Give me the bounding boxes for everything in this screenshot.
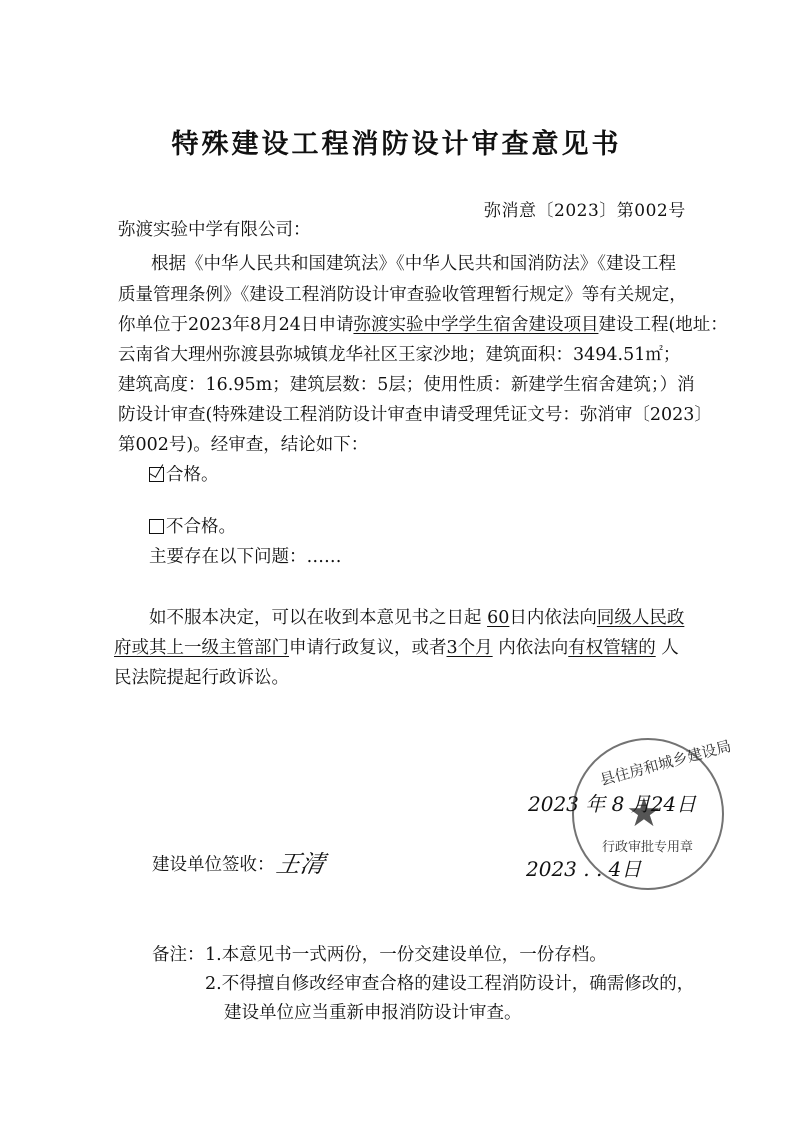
issue-date: 2023 年 8 月24日 [528, 788, 696, 817]
signature-label: 建设单位签收： [152, 851, 275, 879]
appeal-gov-1: 同级人民政 [597, 608, 685, 628]
body-line-3: 你单位于2023年8月24日申请弥渡实验中学学生宿舍建设项目建设工程(地址： [118, 311, 728, 339]
project-name: 弥渡实验中学学生宿舍建设项目 [353, 315, 598, 335]
body-line-3-post: 建设工程(地址： [598, 315, 727, 335]
issues-label: 主要存在以下问题：…… [149, 543, 342, 571]
appeal-line-2: 府或其上一级主管部门申请行政复议，或者3个月 内依法向有权管辖的 人 [114, 634, 679, 662]
checkbox-checked-icon [149, 467, 164, 482]
appeal-months: 3个月 [447, 638, 493, 658]
option-pass-label: 合格。 [166, 465, 219, 485]
body-line-5: 建筑高度：16.95m；建筑层数：5层；使用性质：新建学生宿舍建筑；）消 [118, 371, 695, 399]
document-title: 特殊建设工程消防设计审查意见书 [0, 122, 793, 161]
appeal-text-2: 日内依法向 [509, 608, 597, 628]
note-1: 1.本意见书一式两份，一份交建设单位，一份存档。 [205, 941, 607, 969]
option-pass: 合格。 [149, 461, 219, 489]
body-line-1: 根据《中华人民共和国建筑法》《中华人民共和国消防法》《建设工程 [151, 250, 676, 278]
signature-name: 王清 [274, 844, 328, 879]
appeal-days: 60 [487, 608, 509, 628]
option-fail-label: 不合格。 [166, 517, 236, 537]
body-line-3-pre: 你单位于2023年8月24日申请 [118, 315, 353, 335]
appeal-text-3: 申请行政复议，或者 [289, 638, 447, 658]
body-line-4: 云南省大理州弥渡县弥城镇龙华社区王家沙地；建筑面积：3494.51㎡； [118, 341, 680, 369]
body-line-6: 防设计审查(特殊建设工程消防设计审查申请受理凭证文号：弥消审〔2023〕 [118, 401, 712, 429]
appeal-text-1: 如不服本决定，可以在收到本意见书之日起 [149, 608, 487, 628]
appeal-line-3: 民法院提起行政诉讼。 [114, 664, 289, 692]
receipt-date: 2023 . . 4日 [526, 853, 641, 882]
checkbox-empty-icon [149, 519, 164, 534]
appeal-text-5: 人 [656, 638, 679, 658]
addressee: 弥渡实验中学有限公司： [118, 216, 311, 244]
appeal-court: 有权管辖的 [568, 638, 656, 658]
document-number: 弥消意〔2023〕第002号 [484, 196, 686, 221]
body-line-7: 第002号)。经审查，结论如下： [118, 431, 368, 459]
body-line-2: 质量管理条例》《建设工程消防设计审查验收管理暂行规定》等有关规定， [118, 281, 687, 309]
appeal-line-1: 如不服本决定，可以在收到本意见书之日起 60日内依法向同级人民政 [149, 604, 684, 632]
option-fail: 不合格。 [149, 513, 236, 541]
note-3: 建设单位应当重新申报消防设计审查。 [224, 999, 522, 1027]
appeal-gov-2: 府或其上一级主管部门 [114, 638, 289, 658]
appeal-text-4: 内依法向 [493, 638, 569, 658]
note-2: 2.不得擅自修改经审查合格的建设工程消防设计，确需修改的， [205, 970, 694, 998]
notes-label: 备注： [152, 941, 205, 969]
